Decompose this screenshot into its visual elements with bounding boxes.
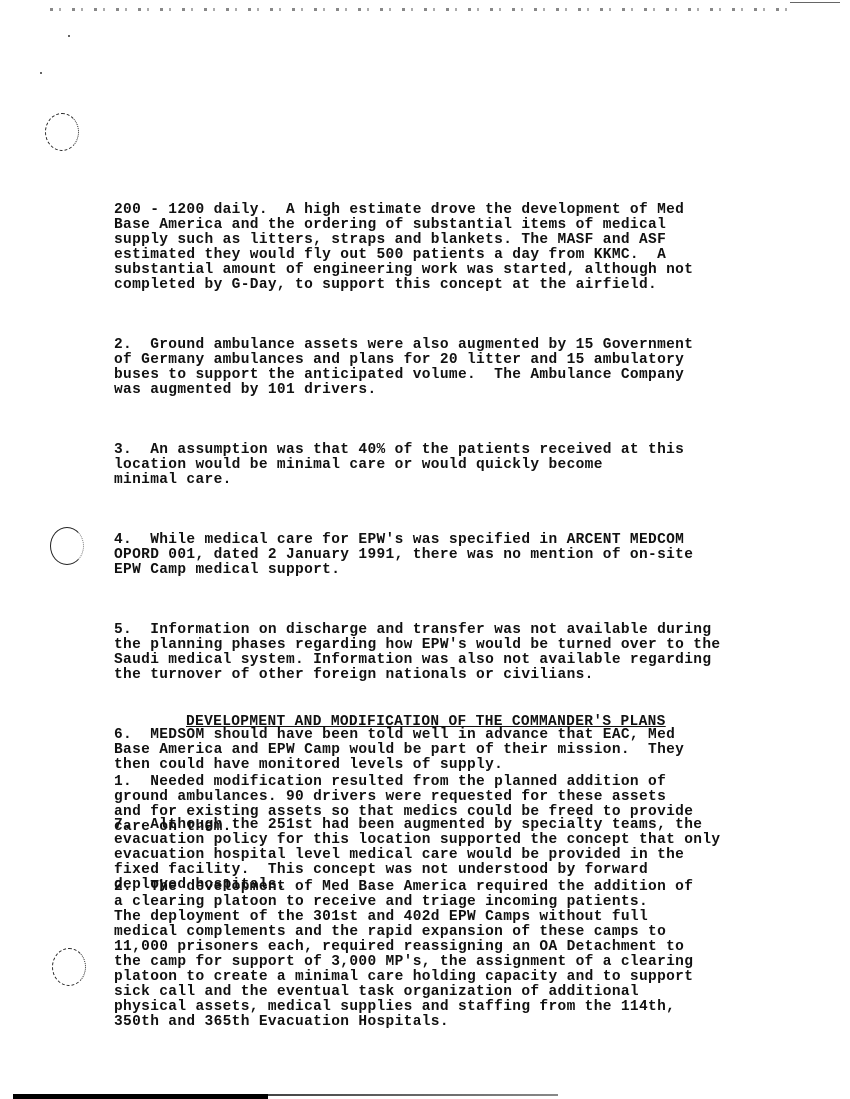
continuation-paragraph: 200 - 1200 daily. A high estimate drove … [114,203,814,293]
list-item-4: 4. While medical care for EPW's was spec… [114,533,814,578]
scan-speck [68,35,70,37]
scan-artifact-top-right [790,2,840,3]
scan-speck [40,72,42,74]
hole-punch-mark-bottom [52,948,86,986]
scanned-document-page: 200 - 1200 daily. A high estimate drove … [0,0,850,1099]
section-2-body: 1. Needed modification resulted from the… [114,745,814,1075]
section-2-item-2: 2. The development of Med Base America r… [114,880,814,1030]
list-item-5: 5. Information on discharge and transfer… [114,623,814,683]
section-2-item-1: 1. Needed modification resulted from the… [114,775,814,835]
scan-artifact-top-edge [50,8,790,11]
list-item-2: 2. Ground ambulance assets were also aug… [114,338,814,398]
scan-artifact-bottom-bar [13,1094,268,1099]
section-heading: DEVELOPMENT AND MODIFICATION OF THE COMM… [186,715,666,730]
hole-punch-mark-top [45,113,79,151]
list-item-3: 3. An assumption was that 40% of the pat… [114,443,814,488]
hole-punch-mark-middle [50,527,84,565]
scan-artifact-bottom-line [268,1094,558,1096]
